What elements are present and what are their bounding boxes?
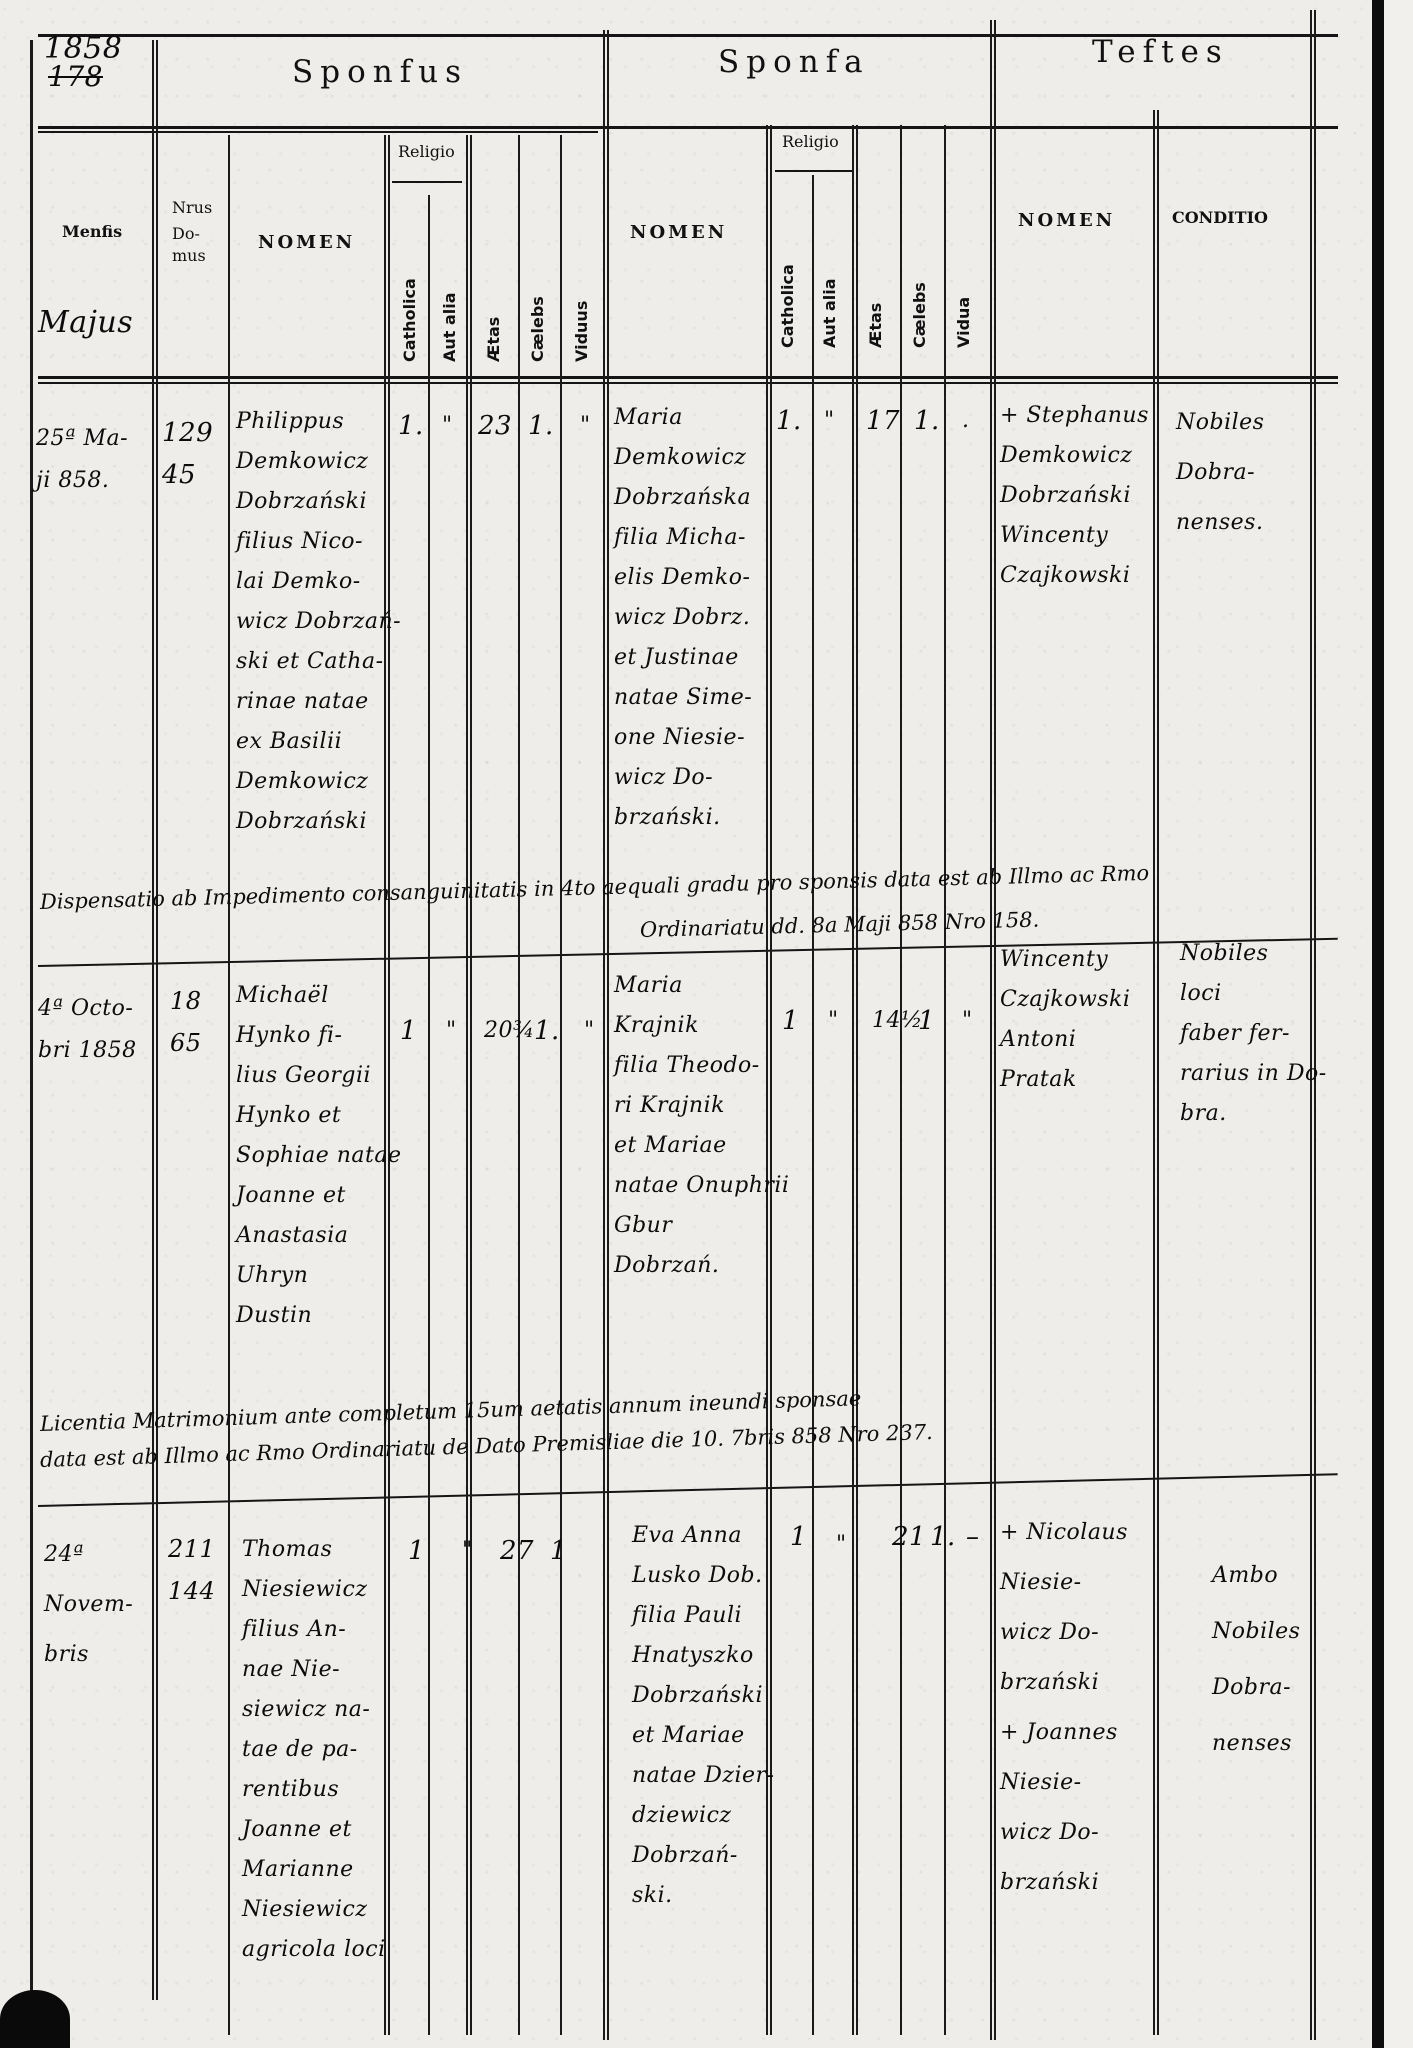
sponsus-catholica: 1. [398,405,424,447]
col-header-sponsus-viduus: Viduus [572,301,591,362]
col-divider-sponsus-aetas [518,135,520,2035]
name-line: Anastasia [236,1216,402,1256]
sponsus-nomen: Philippus Demkowicz Dobrzański filius Ni… [236,402,401,842]
sponsus-caelebs: 1. [534,1010,560,1052]
name-line: Demkowicz [236,762,401,802]
conditio-line: faber fer- [1180,1014,1327,1054]
name-line: dziewicz [632,1796,775,1836]
col-header-sponsus-nomen: NOMEN [258,232,355,253]
sponsa-aetas: 17 [866,400,900,442]
sponsa-vidua: " [962,1000,973,1042]
col-header-testes-conditio: CONDITIO [1172,208,1268,227]
page-binding-edge [1372,0,1384,2048]
sponsus-catholica: 1 [408,1530,425,1572]
col-header-domus-1: Do- [172,224,200,243]
name-line: tae de pa- [242,1730,386,1770]
col-divider-nrus [228,135,230,2035]
name-line: ex Basilii [236,722,401,762]
col-header-sponsa-nomen: NOMEN [630,222,727,243]
name-line: Dobrzańska [614,478,752,518]
sponsus-aut-alia: " [462,1530,473,1572]
name-line: wicz Dobrzań- [236,602,401,642]
date-line: Novem- [44,1580,133,1630]
house-number-line: 45 [162,454,213,496]
date-line: bri 1858 [38,1030,137,1072]
sponsa-nomen: Maria Krajnik filia Theodo- ri Krajnik e… [614,966,789,1286]
name-line: brzański. [614,798,752,838]
sponsus-catholica: 1 [400,1010,417,1052]
name-line: Dobrzań. [614,1246,789,1286]
sponsa-caelebs: 1. [930,1516,956,1558]
col-divider-sponsa-aetas [900,125,902,2035]
name-line: Joanne et [242,1810,386,1850]
name-line: wicz Do- [614,758,752,798]
house-number-line: 129 [162,412,213,454]
name-line: lai Demko- [236,562,401,602]
name-line: Dustin [236,1296,402,1336]
sponsa-vidua: . [962,400,970,442]
name-line: Gbur [614,1206,789,1246]
group-header-rule-inner [38,131,598,133]
name-line: Eva Anna [632,1516,775,1556]
date-line: 4ª Octo- [38,988,137,1030]
sponsus-viduus: " [584,1010,595,1052]
witness-line: Niesie- [1000,1558,1128,1608]
sponsus-caelebs: 1. [528,405,554,447]
col-divider-sponsus-catholica [428,195,430,2035]
name-line: ski et Catha- [236,642,401,682]
name-line: et Mariae [632,1716,775,1756]
testes-nomen: + Nicolaus Niesie- wicz Do- brzański + J… [1000,1508,1128,1908]
name-line: lius Georgii [236,1056,402,1096]
conditio-line: Dobra- [1212,1660,1300,1716]
name-line: natae Onuphrii [614,1166,789,1206]
ink-blot [0,1990,70,2048]
witness-line: wicz Do- [1000,1808,1128,1858]
col-header-sponsa-religio: Religio [782,132,839,151]
col-header-testes-nomen: NOMEN [1018,210,1115,231]
col-header-sponsa-aetas: Ætas [866,303,885,348]
name-line: siewicz na- [242,1690,386,1730]
name-line: Dobrzański [236,802,401,842]
witness-line: Antoni [1000,1020,1130,1060]
sponsus-aut-alia: " [446,1010,457,1052]
house-number: 18 65 [170,980,202,1064]
name-line: Hynko fi- [236,1016,402,1056]
name-line: ski. [632,1876,775,1916]
name-line: Krajnik [614,1006,789,1046]
group-header-sponsa: Sponfa [718,44,870,80]
sponsa-nomen: Maria Demkowicz Dobrzańska filia Micha- … [614,398,752,838]
testes-nomen: + Stephanus Demkowicz Dobrzański Wincent… [1000,396,1149,596]
name-line: rentibus [242,1770,386,1810]
name-line: Niesiewicz [242,1570,386,1610]
name-line: Marianne [242,1850,386,1890]
name-line: Hnatyszko [632,1636,775,1676]
name-line: et Justinae [614,638,752,678]
date-line: 24ª [44,1530,133,1580]
sponsa-caelebs: 1. [914,400,940,442]
date-line: ji 858. [36,460,128,502]
entry-date: 25ª Ma- ji 858. [36,418,128,502]
column-header-bottom-rule [38,376,1338,379]
column-header-bottom-rule-inner [38,382,1338,384]
witness-line: brzański [1000,1658,1128,1708]
name-line: Demkowicz [614,438,752,478]
name-line: one Niesie- [614,718,752,758]
name-line: Hynko et [236,1096,402,1136]
name-line: filius Nico- [236,522,401,562]
witness-line: Wincenty [1000,940,1130,980]
conditio-line: nenses. [1176,498,1264,548]
conditio-line: loci [1180,974,1327,1014]
religio-rule-sponsus [392,181,462,183]
name-line: filia Pauli [632,1596,775,1636]
sponsa-nomen: Eva Anna Lusko Dob. filia Pauli Hnatyszk… [632,1516,775,1916]
col-header-sponsus-aut-alia: Aut alia [440,292,459,362]
name-line: Sophiae natae [236,1136,402,1176]
witness-line: Dobrzański [1000,476,1149,516]
struck-page-number: 178 [48,62,103,92]
col-divider-sponsus-caelebs [560,135,562,2035]
name-line: filia Micha- [614,518,752,558]
entry-separator-2 [38,1473,1338,1507]
col-divider-testes-nomen [1153,110,1159,2035]
page-margin [1384,0,1413,2048]
sponsus-caelebs: 1 [550,1530,567,1572]
col-header-sponsa-caelebs: Cælebs [910,282,929,348]
entry-date: 24ª Novem- bris [44,1530,133,1680]
name-line: Philippus [236,402,401,442]
col-divider-sponsa-catholica [812,175,814,2035]
conditio-line: bra. [1180,1094,1327,1134]
col-header-sponsa-vidua: Vidua [954,297,973,348]
name-line: et Mariae [614,1126,789,1166]
name-line: filia Theodo- [614,1046,789,1086]
col-header-domus-2: mus [172,246,206,265]
sponsa-caelebs: 1 [918,1000,935,1042]
testes-conditio: Nobiles loci faber fer- rarius in Do- br… [1180,934,1327,1134]
name-line: Thomas [242,1530,386,1570]
group-header-sponsus: Sponfus [292,54,468,90]
sponsa-aut-alia: " [824,400,835,442]
name-line: Maria [614,398,752,438]
witness-line: wicz Do- [1000,1608,1128,1658]
dispensation-note-line-2: Ordinariatu dd. 8a Maji 858 Nro 158. [640,908,1040,942]
name-line: nae Nie- [242,1650,386,1690]
dispensation-note-line-1: Dispensatio ab Impedimento consanguinita… [40,861,1150,914]
witness-line: Czajkowski [1000,556,1149,596]
name-line: Dobrzań- [632,1836,775,1876]
sponsa-aetas: 21 [892,1516,926,1558]
name-line: agricola loci [242,1930,386,1970]
name-line: rinae natae [236,682,401,722]
conditio-line: Dobra- [1176,448,1264,498]
conditio-line: Nobiles [1180,934,1327,974]
testes-conditio: Nobiles Dobra- nenses. [1176,398,1264,548]
sponsa-aetas: 14½ [872,1000,923,1042]
witness-line: Wincenty [1000,516,1149,556]
sponsus-viduus: " [580,405,591,447]
witness-line: brzański [1000,1858,1128,1908]
house-number: 129 45 [162,412,213,496]
entry-date: 4ª Octo- bri 1858 [38,988,137,1072]
witness-line: Niesie- [1000,1758,1128,1808]
name-line: Michaël [236,976,402,1016]
conditio-line: Nobiles [1212,1604,1300,1660]
col-header-sponsa-catholica: Catholica [778,264,797,348]
date-line: 25ª Ma- [36,418,128,460]
witness-line: + Nicolaus [1000,1508,1128,1558]
name-line: Dobrzański [236,482,401,522]
witness-line: Pratak [1000,1060,1130,1100]
col-header-sponsa-aut-alia: Aut alia [820,278,839,348]
sponsus-aetas: 20¾ [484,1010,535,1052]
sponsa-catholica: 1. [776,400,802,442]
date-line: bris [44,1630,133,1680]
name-line: Dobrzański [632,1676,775,1716]
name-line: elis Demko- [614,558,752,598]
col-divider-sponsa-autalia [852,125,858,2035]
col-divider-mensis [152,40,158,2000]
col-divider-sponsa-testes [990,20,996,2040]
name-line: Niesiewicz [242,1890,386,1930]
conditio-line: Ambo [1212,1548,1300,1604]
conditio-line: rarius in Do- [1180,1054,1327,1094]
witness-line: + Stephanus [1000,396,1149,436]
house-number: 211 144 [168,1528,215,1612]
entry-separator-1 [38,938,1338,967]
sponsa-aut-alia: " [828,1000,839,1042]
name-line: Demkowicz [236,442,401,482]
sponsa-aut-alia: " [836,1524,847,1566]
name-line: natae Dzier- [632,1756,775,1796]
register-page: 1858 178 Sponfus Sponfa Teftes Menfis Nr… [0,0,1413,2048]
col-divider-sponsus-sponsa [603,30,609,2040]
col-header-sponsus-religio: Religio [398,142,455,161]
sponsa-catholica: 1 [790,1516,807,1558]
group-header-testes: Teftes [1092,34,1229,70]
conditio-line: nenses [1212,1716,1300,1772]
col-divider-sponsus-autalia [466,135,472,2035]
name-line: Maria [614,966,789,1006]
sponsus-nomen: Thomas Niesiewicz filius An- nae Nie- si… [242,1530,386,1970]
house-number-line: 65 [170,1022,202,1064]
religio-rule-sponsa [775,170,853,172]
name-line: Lusko Dob. [632,1556,775,1596]
name-line: ri Krajnik [614,1086,789,1126]
conditio-line: Nobiles [1176,398,1264,448]
sponsus-aut-alia: " [442,405,453,447]
name-line: natae Sime- [614,678,752,718]
house-number-line: 18 [170,980,202,1022]
sponsa-vidua: – [966,1516,980,1558]
sponsus-aetas: 27 [500,1530,534,1572]
col-header-nrus: Nrus [172,198,212,217]
witness-line: + Joannes [1000,1708,1128,1758]
name-line: Uhryn [236,1256,402,1296]
sponsus-aetas: 23 [478,405,512,447]
house-number-line: 211 [168,1528,215,1570]
house-number-line: 144 [168,1570,215,1612]
name-line: wicz Dobrz. [614,598,752,638]
witness-line: Czajkowski [1000,980,1130,1020]
sponsa-catholica: 1 [782,1000,799,1042]
sponsus-nomen: Michaël Hynko fi- lius Georgii Hynko et … [236,976,402,1336]
name-line: Joanne et [236,1176,402,1216]
name-line: filius An- [242,1610,386,1650]
testes-conditio: Ambo Nobiles Dobra- nenses [1212,1548,1300,1772]
col-header-sponsus-aetas: Ætas [484,317,503,362]
month-annotation: Majus [38,302,133,344]
col-header-sponsus-catholica: Catholica [400,278,419,362]
testes-nomen: Wincenty Czajkowski Antoni Pratak [1000,940,1130,1100]
col-header-mensis: Menfis [62,222,122,241]
left-border [30,40,33,2040]
group-header-rule [38,126,1338,129]
col-header-sponsus-caelebs: Cælebs [528,296,547,362]
col-divider-sponsa-caelebs [944,125,946,2035]
witness-line: Demkowicz [1000,436,1149,476]
